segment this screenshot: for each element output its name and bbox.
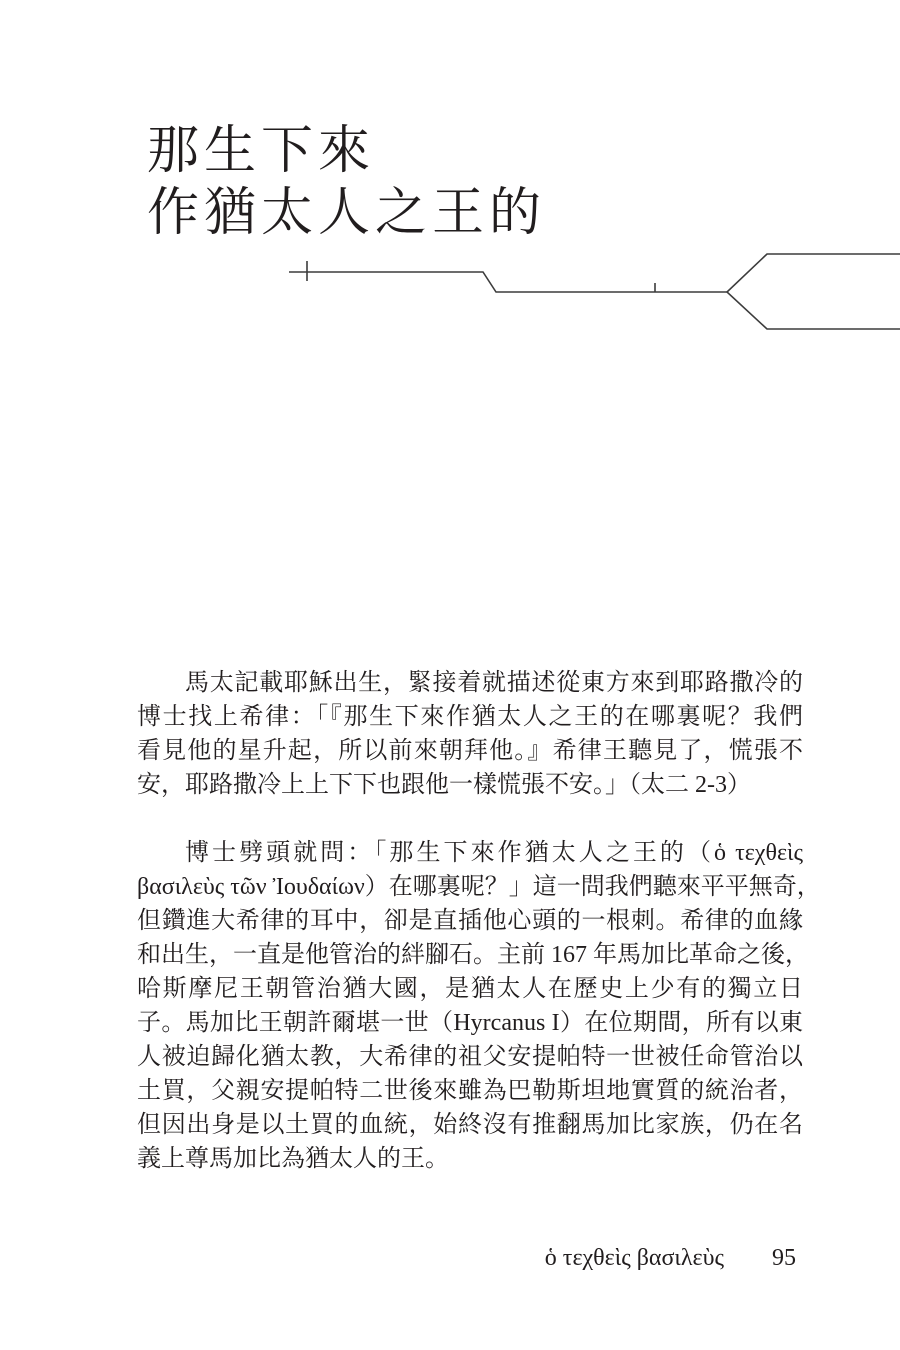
- text-line: βασιλεὺς τῶν Ἰουδαίων）在哪裏呢？」這一問我們聽來平平無奇，: [137, 870, 803, 904]
- rule-ribbon-arrow: [727, 254, 900, 329]
- chapter-title-line-1: 那生下來: [147, 121, 546, 183]
- text-line: 但因出身是以土買的血統，始終沒有推翻馬加比家族，仍在名: [137, 1108, 803, 1142]
- text-line: 土買，父親安提帕特二世後來雖為巴勒斯坦地實質的統治者，: [137, 1074, 803, 1108]
- running-title-greek: ὁ τεχθεὶς βασιλεὺς: [545, 1245, 724, 1271]
- body-text: 馬太記載耶穌出生，緊接着就描述從東方來到耶路撒冷的博士找上希律：「『那生下來作猶…: [137, 666, 803, 1176]
- text-line: 博士劈頭就問：「那生下來作猶太人之王的（ὁ τεχθεὶς: [137, 836, 803, 870]
- rule-stepped-line: [289, 272, 727, 292]
- paragraph-1: 馬太記載耶穌出生，緊接着就描述從東方來到耶路撒冷的博士找上希律：「『那生下來作猶…: [137, 666, 803, 802]
- text-line: 和出生，一直是他管治的絆腳石。主前 167 年馬加比革命之後，: [137, 938, 803, 972]
- paragraph-2: 博士劈頭就問：「那生下來作猶太人之王的（ὁ τεχθεὶςβασιλεὺς τῶ…: [137, 836, 803, 1176]
- chapter-title-line-2: 作猶太人之王的: [147, 183, 546, 245]
- chapter-rule-ornament: [0, 240, 900, 340]
- text-line: 馬太記載耶穌出生，緊接着就描述從東方來到耶路撒冷的: [137, 666, 803, 700]
- text-line: 哈斯摩尼王朝管治猶大國，是猶太人在歷史上少有的獨立日: [137, 972, 803, 1006]
- chapter-title: 那生下來 作猶太人之王的: [147, 121, 546, 245]
- book-page: 那生下來 作猶太人之王的 馬太記載耶穌出生，緊接着就描述從東方來到耶路撒冷的博士…: [0, 0, 900, 1350]
- text-line: 人被迫歸化猶太教，大希律的祖父安提帕特一世被任命管治以: [137, 1040, 803, 1074]
- text-line: 義上尊馬加比為猶太人的王。: [137, 1142, 803, 1176]
- text-line: 子。馬加比王朝許爾堪一世（Hyrcanus I）在位期間，所有以東: [137, 1006, 803, 1040]
- page-number: 95: [772, 1245, 796, 1271]
- text-line: 但鑽進大希律的耳中，卻是直插他心頭的一根刺。希律的血緣: [137, 904, 803, 938]
- page-footer: ὁ τεχθεὶς βασιλεὺς 95: [545, 1243, 796, 1273]
- text-line: 安，耶路撒冷上上下下也跟他一樣慌張不安。」（太二 2-3）: [137, 768, 803, 802]
- text-line: 博士找上希律：「『那生下來作猶太人之王的在哪裏呢？我們: [137, 700, 803, 734]
- text-line: 看見他的星升起，所以前來朝拜他。』希律王聽見了，慌張不: [137, 734, 803, 768]
